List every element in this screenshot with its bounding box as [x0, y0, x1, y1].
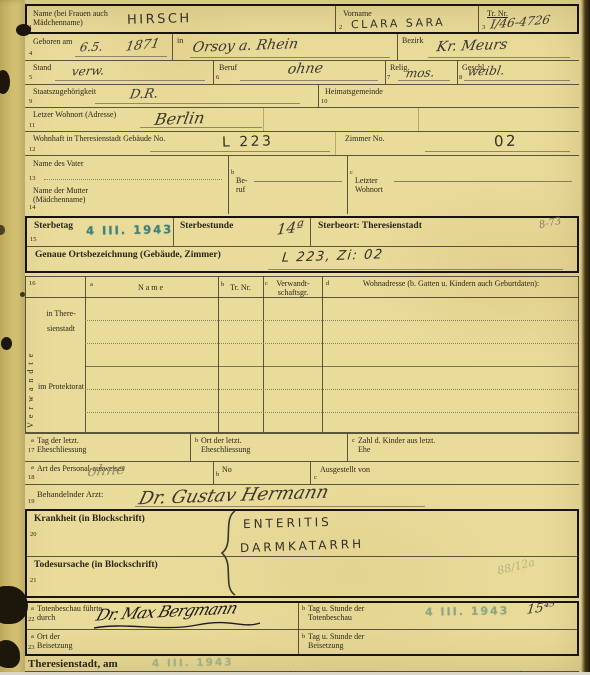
paper-speck — [1, 337, 12, 350]
zimmer-value: 02 — [494, 132, 519, 151]
sterbetag-date-stamp: 4 III. 1943 — [86, 222, 173, 238]
beruf-value: ohne — [286, 60, 324, 77]
field-number: 2 — [339, 24, 342, 31]
heimat-label: Heimatsgemeinde — [325, 87, 383, 96]
sub-letter: c — [352, 437, 355, 444]
parents-beruf-label: Be-ruf — [236, 176, 256, 195]
field-number: 12 — [29, 146, 36, 153]
col-header-verwandtschaft: Verwandt-schaftsgr. — [268, 279, 318, 298]
ehe-ort-label: Ort der letzt. Eheschliessung — [201, 436, 279, 455]
divider — [347, 434, 348, 461]
divider — [335, 6, 336, 32]
parents-wohnort-label: Letzter Wohnort — [355, 176, 393, 195]
gebaeude-value: L 223 — [222, 133, 274, 150]
bezirk-value: Kr. Meurs — [435, 37, 508, 55]
rule-dotted — [85, 389, 578, 390]
writing-line — [140, 127, 262, 128]
death-record-form: Name (bei Frauen auch Mädchenname) 1 HIR… — [0, 0, 590, 675]
rule — [25, 276, 579, 277]
divider — [263, 276, 264, 432]
zimmer-label: Zimmer No. — [345, 134, 385, 143]
divider — [228, 156, 229, 214]
sub-letter: b — [195, 437, 198, 444]
rule-dotted — [85, 320, 578, 321]
gebaeude-label: Wohnhaft in Theresienstadt Gebäude No. — [33, 134, 165, 143]
col-header-trnr: Tr. Nr. — [218, 283, 263, 292]
kinder-label: Zahl d. Kinder aus letzt. Ehe — [358, 436, 436, 455]
sub-letter: b — [231, 169, 234, 176]
field-number: 18 — [28, 474, 35, 481]
geboren-year: 1871 — [124, 36, 161, 54]
divider — [418, 108, 419, 131]
rule — [25, 107, 579, 108]
sub-letter: a — [31, 633, 34, 640]
mutter-label: Name der Mutter (Mädchenname) — [33, 186, 133, 205]
sterbestunde-label: Sterbestunde — [180, 221, 233, 232]
in-label: in — [177, 36, 183, 45]
field-number: 7 — [387, 74, 390, 81]
writing-line — [464, 80, 570, 81]
writing-line — [150, 151, 330, 152]
sub-letter: c — [314, 474, 317, 481]
geschl-value: weibl. — [467, 63, 506, 78]
divider — [213, 462, 214, 484]
beisetzung-zeit-label: Tag u. Stunde der Beisetzung — [308, 632, 378, 651]
divider — [397, 34, 398, 60]
ortsbezeichnung-label: Genaue Ortsbezeichnung (Gebäude, Zimmer) — [35, 250, 221, 261]
writing-line — [190, 57, 390, 58]
col-header-name: Name — [85, 283, 218, 292]
field-number: 8 — [459, 74, 462, 81]
sterbeort-label: Sterbeort: Theresienstadt — [318, 221, 422, 232]
field-number: 6 — [216, 74, 219, 81]
name-value: HIRSCH — [127, 11, 192, 28]
divider — [335, 132, 336, 155]
col-header-wohnadresse: Wohnadresse (b. Gatten u. Kindern auch G… — [330, 279, 572, 288]
geboren-label: Geboren am — [33, 37, 72, 46]
sterbetag-label: Sterbetag — [34, 221, 73, 232]
rule-dotted — [44, 179, 222, 180]
sub-letter: a — [31, 464, 34, 471]
name-label: Name (bei Frauen auch Mädchenname) — [33, 9, 128, 28]
divider — [263, 108, 264, 131]
field-number: 5 — [29, 74, 32, 81]
bezirk-label: Bezirk — [402, 36, 423, 45]
field-number: 11 — [29, 122, 35, 129]
rule — [578, 276, 579, 432]
field-number: 20 — [30, 531, 37, 538]
beisetzung-ort-label: Ort der Beisetzung — [37, 632, 92, 651]
punch-hole — [16, 24, 31, 36]
field-number: 21 — [30, 577, 37, 584]
writing-line — [425, 151, 570, 152]
geboren-day: 6.5. — [79, 40, 105, 55]
ehe-tag-label: Tag der letzt. Eheschliessung — [37, 436, 115, 455]
vater-label: Name des Vater — [33, 159, 91, 168]
field-number: 16 — [29, 280, 36, 287]
rule — [85, 366, 578, 367]
writing-line — [254, 181, 342, 182]
totenbeschau-zeit-label: Tag u. Stunde der Totenbeschau — [308, 604, 378, 623]
table-side-label: Verwandte — [26, 300, 35, 428]
sub-letter: d — [326, 280, 329, 287]
stand-value: verw. — [71, 63, 106, 78]
krankheit-line1: ENTERITIS — [243, 515, 332, 531]
group-label-theresienstadt: in There-sienstadt — [38, 306, 84, 336]
divider — [310, 462, 311, 484]
footer-date-stamp: 4 III. 1943 — [152, 656, 234, 669]
vorname-value: CLARA SARA — [351, 16, 446, 31]
paper-speck — [20, 292, 25, 297]
field-number: 19 — [28, 498, 35, 505]
rule — [25, 84, 579, 85]
writing-line — [240, 80, 378, 81]
divider — [385, 61, 386, 84]
writing-line — [268, 269, 563, 270]
divider — [347, 156, 348, 214]
divider — [190, 434, 191, 461]
divider — [310, 218, 311, 246]
sub-letter: b — [302, 605, 305, 612]
rule — [27, 556, 577, 557]
stand-label: Stand — [33, 63, 51, 72]
ausweis-value: ohne — [86, 460, 127, 481]
divider — [478, 6, 479, 32]
field-number: 10 — [321, 98, 328, 105]
divider — [172, 34, 173, 60]
divider — [318, 85, 319, 107]
footer-place-label: Theresienstadt, am — [28, 658, 118, 671]
divider — [298, 603, 299, 654]
rule — [25, 432, 579, 434]
writing-line — [428, 57, 570, 58]
sub-letter: b — [302, 633, 305, 640]
staats-value: D.R. — [129, 87, 160, 103]
rule — [25, 155, 579, 156]
handwritten-brace — [220, 509, 238, 597]
writing-line — [398, 80, 450, 81]
sub-letter: c — [350, 169, 353, 176]
beruf-label: Beruf — [219, 63, 237, 72]
writing-line — [55, 80, 205, 81]
arzt-label: Behandelnder Arzt: — [37, 489, 103, 499]
field-number: 22 — [28, 616, 35, 623]
field-number: 14 — [29, 204, 36, 211]
divider — [213, 61, 214, 84]
krankheit-label: Krankheit (in Blockschrift) — [34, 514, 145, 525]
field-number: 23 — [28, 644, 35, 651]
writing-line — [394, 181, 572, 182]
letzter-wohnort-label: Letzer Wohnort (Adresse) — [33, 110, 116, 119]
divider — [218, 276, 219, 432]
field-number: 13 — [29, 175, 36, 182]
ausweis-no-label: No — [222, 465, 232, 474]
group-label-protektorat: im Protektorat — [38, 378, 84, 396]
writing-line — [75, 56, 167, 57]
totenbeschau-date-stamp: 4 III. 1943 — [425, 604, 510, 618]
ausgestellt-label: Ausgestellt von — [320, 465, 372, 474]
field-number: 15 — [30, 236, 37, 243]
divider — [457, 61, 458, 84]
letzter-wohnort-value: Berlin — [153, 108, 206, 129]
todesursache-label: Todesursache (in Blockschrift) — [34, 560, 158, 571]
signature-flourish — [92, 620, 262, 632]
rule-dotted — [85, 343, 578, 344]
birthplace-value: Orsoy a. Rhein — [191, 36, 299, 56]
field-number: 3 — [482, 24, 485, 31]
writing-line — [95, 103, 300, 104]
field-number: 4 — [29, 50, 32, 57]
sub-letter: a — [31, 605, 34, 612]
field-number: 9 — [29, 98, 32, 105]
rule-dotted — [85, 412, 578, 413]
divider — [85, 276, 86, 432]
sub-letter: b — [216, 471, 219, 478]
relig-value: mos. — [405, 66, 436, 81]
rule — [27, 246, 577, 247]
scan-edge-right — [581, 0, 590, 675]
writing-line — [135, 506, 425, 507]
sub-letter: a — [31, 437, 34, 444]
field-number: 17 — [28, 447, 35, 454]
divider — [322, 276, 323, 432]
staats-label: Staatszugehörigkeit — [33, 87, 96, 96]
